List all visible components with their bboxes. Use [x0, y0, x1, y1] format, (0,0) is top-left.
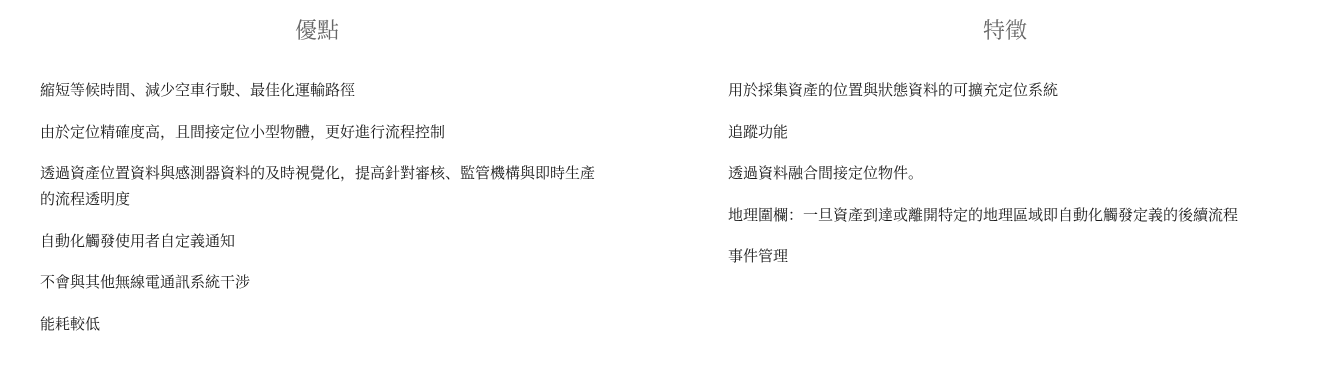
- feature-item: 地理圍欄：一旦資產到達或離開特定的地理區域即自動化觸發定義的後續流程: [728, 202, 1238, 228]
- feature-item: 用於採集資產的位置與狀態資料的可擴充定位系統: [728, 77, 1058, 103]
- advantage-item: 由於定位精確度高，且間接定位小型物體，更好進行流程控制: [40, 119, 445, 145]
- feature-item: 追蹤功能: [728, 119, 788, 145]
- advantage-item: 不會與其他無線電通訊系統干涉: [40, 269, 250, 295]
- features-heading: 特徵: [983, 14, 1027, 45]
- advantage-item: 縮短等候時間、減少空車行駛、最佳化運輸路徑: [40, 77, 355, 103]
- feature-item: 事件管理: [728, 243, 788, 269]
- advantage-item: 自動化觸發使用者自定義通知: [40, 228, 235, 254]
- advantage-item: 能耗較低: [40, 311, 100, 337]
- advantage-item: 透過資產位置資料與感測器資料的及時視覺化，提高針對審核、監管機構與即時生產的流程…: [40, 160, 600, 212]
- feature-item: 透過資料融合間接定位物件。: [728, 160, 923, 186]
- advantages-heading: 優點: [295, 14, 339, 45]
